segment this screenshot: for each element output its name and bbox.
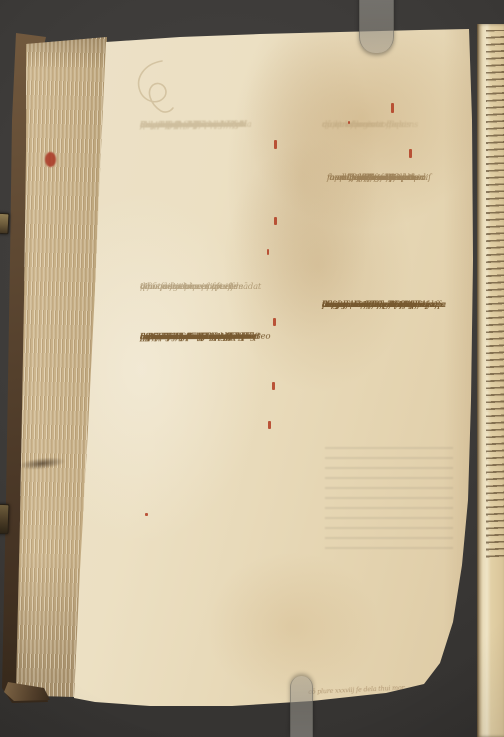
red-paraph-mark [409,149,412,158]
facing-page-edge [477,24,504,737]
red-paraph-mark [272,382,275,390]
verso-show-through [325,447,453,555]
manuscript-line: quia reſurrectionis [322,119,398,130]
red-paraph-mark [268,421,271,429]
red-paraph-mark [274,140,277,149]
facing-page-text-lines [486,30,504,558]
text-block-left-dark: a filiū hois atq vincamet evāgelij fine … [140,332,290,333]
manuscript-photo: Ergo alioqui iſta lanis ſtattdeo poteſt … [0,0,504,737]
manuscript-line: qui venturus ſequi vident [140,119,242,131]
red-paraph-mark [348,121,350,124]
restraint-strap-bottom [290,676,313,737]
red-paraph-mark [273,318,276,326]
manuscript-line: quos demones et aſcende [140,281,243,292]
red-wax-spot [45,152,56,167]
brass-clasp-lower [0,504,10,534]
penwork-flourish [132,58,180,118]
manuscript-line: ailed et dixit thom ex p ſſedit [140,332,260,343]
brass-clasp-upper [0,213,10,235]
red-paraph-mark [145,513,148,516]
restraint-strap-top [359,0,394,53]
red-paraph-mark [274,217,277,225]
red-paraph-mark [391,103,394,113]
red-paraph-mark [267,249,269,255]
manuscript-line: mandat officia Unde hic [322,172,424,183]
manuscript-line: dei vrſula ſcā agnes qr fuſdina [322,300,446,310]
